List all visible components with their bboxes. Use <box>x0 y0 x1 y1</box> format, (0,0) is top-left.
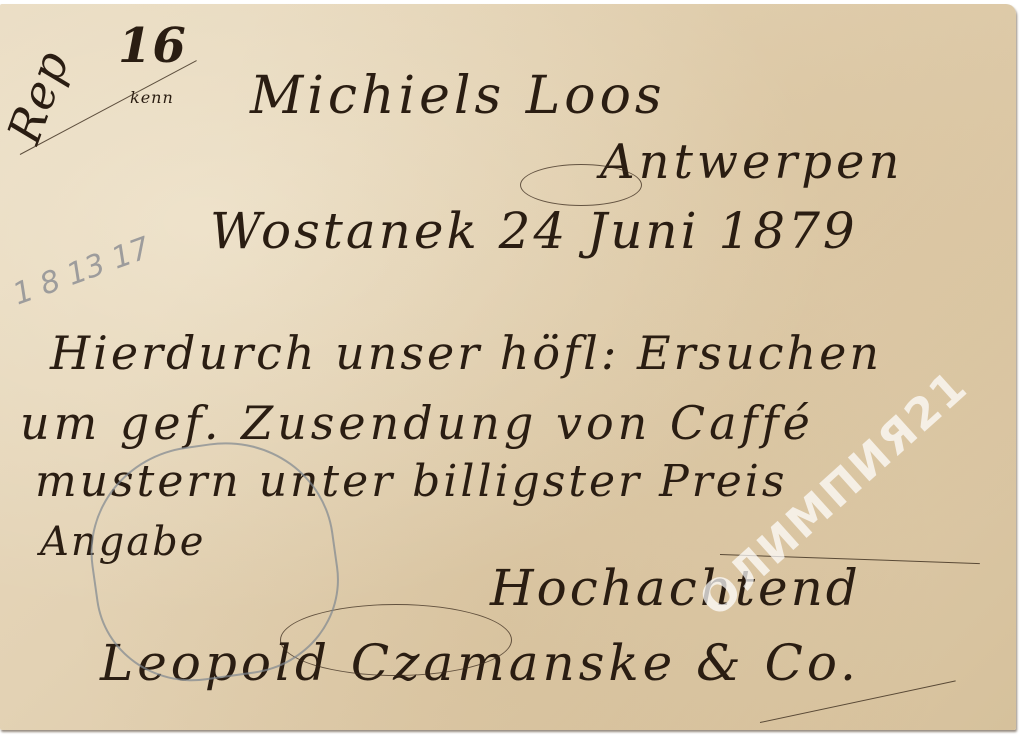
dateline: Wostanek 24 Juni 1879 <box>210 202 858 260</box>
recipient-name: Michiels Loos <box>250 66 666 126</box>
body-line-2: um gef. Zusendung von Caffé <box>20 396 814 450</box>
postcard: 16 Rep kenn 1 8 13 17 Michiels Loos Antw… <box>0 4 1016 730</box>
body-line-1: Hierdurch unser höfl: Ersuchen <box>50 326 882 380</box>
corner-prefix: Rep <box>0 43 80 150</box>
pencil-notation: 1 8 13 17 <box>8 231 154 313</box>
city-flourish <box>520 164 642 206</box>
recipient-city: Antwerpen <box>600 134 903 190</box>
closing: Hochachtend <box>490 559 861 617</box>
corner-number: 16 <box>118 18 187 74</box>
